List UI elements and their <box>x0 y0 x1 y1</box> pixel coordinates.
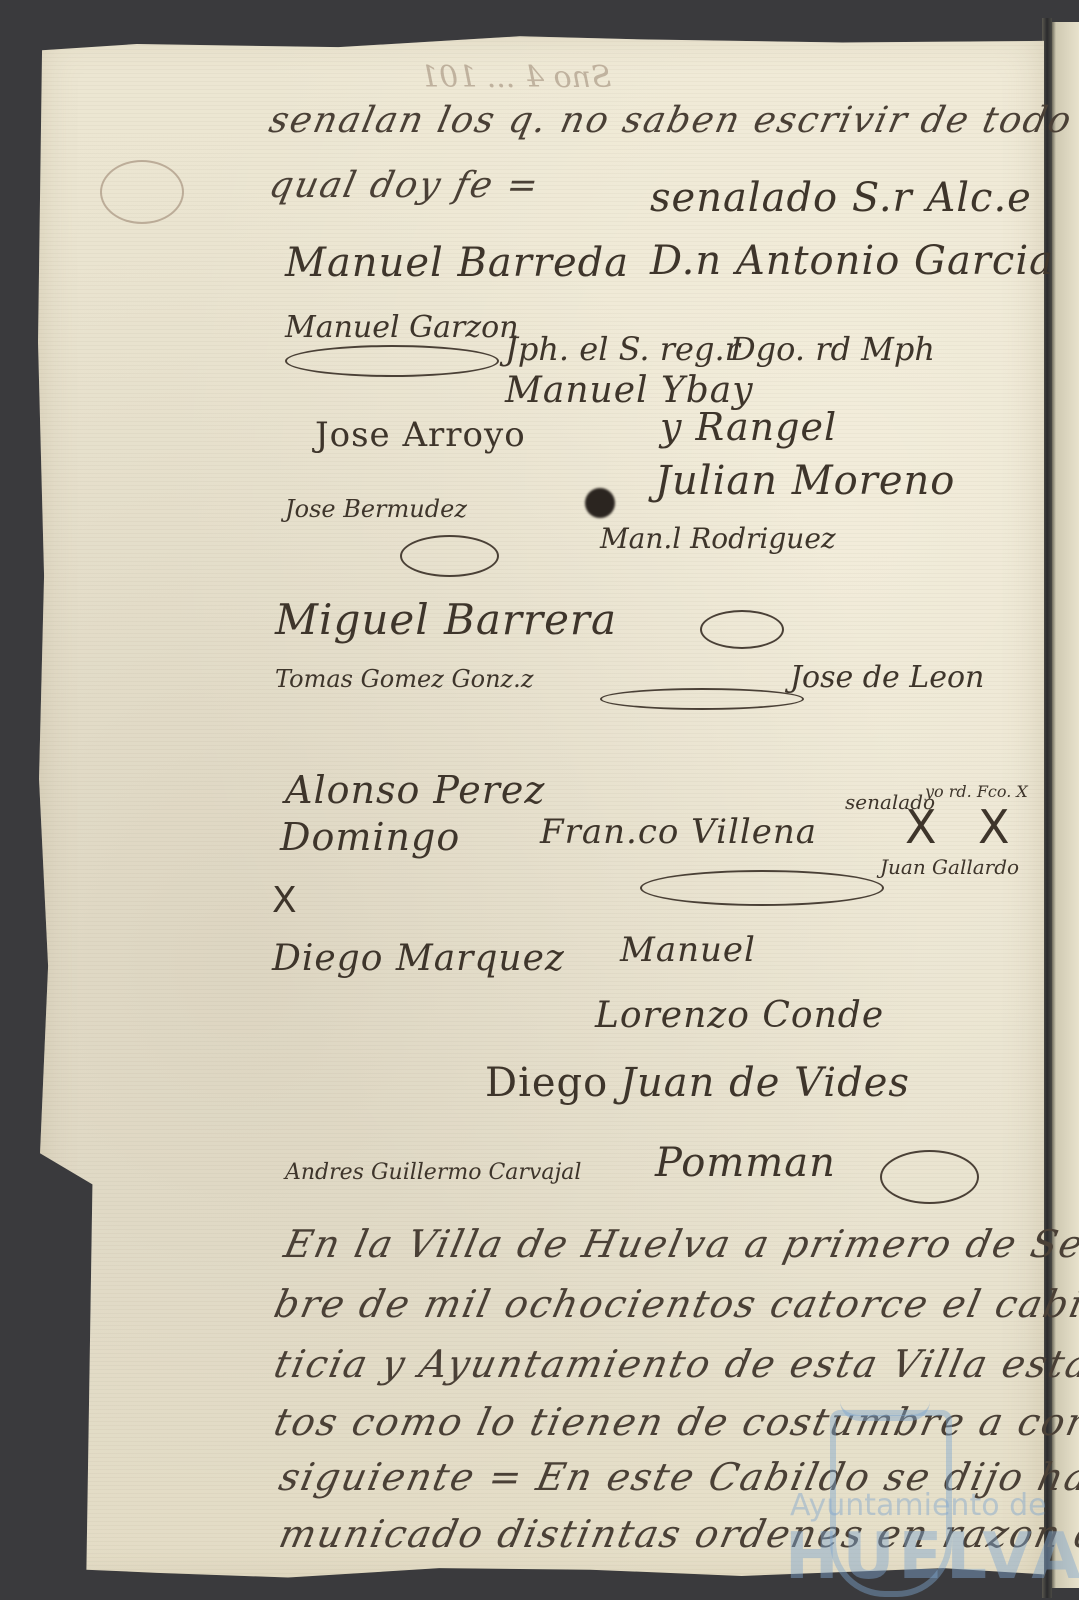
signature: Manuel Garzon <box>285 310 519 345</box>
signature: Tomas Gomez Gonz.z <box>275 665 533 693</box>
body-line-1: En la Villa de Huelva a primero de Sept.… <box>280 1222 1079 1266</box>
signature: Pomman <box>655 1140 836 1186</box>
signature: Jose Arroyo <box>315 415 526 455</box>
signature: Juan Gallardo <box>880 855 1019 879</box>
signature: Jose Bermudez <box>285 495 467 523</box>
signature: Domingo <box>280 815 460 859</box>
signature: Alonso Perez <box>285 768 545 812</box>
rubric-flourish <box>600 688 804 710</box>
cross-mark: X <box>978 800 1010 854</box>
ink-blot <box>585 488 615 518</box>
signature: Manuel <box>620 930 756 970</box>
signature: D.n Antonio Garcia <box>650 238 1054 284</box>
signature: Jose de Leon <box>790 660 984 695</box>
rubric-flourish <box>880 1150 979 1204</box>
header-line-1: senalan los q. no saben escrivir de todo… <box>266 100 1079 141</box>
signature: Man.l Rodriguez <box>600 522 836 555</box>
signature: Miguel Barrera <box>275 595 617 644</box>
signature: Manuel Barreda <box>285 240 629 286</box>
seal-flourish <box>100 160 184 224</box>
rubric-flourish <box>640 870 884 906</box>
signature: y Rangel <box>660 405 837 449</box>
signature: Andres Guillermo Carvajal <box>285 1160 581 1185</box>
bleedthrough-text: Sno 4 ... 101 <box>420 60 612 95</box>
signature: yo rd. Fco. X <box>925 782 1028 801</box>
rubric-flourish <box>400 535 499 577</box>
header-line-2: qual doy fe = <box>266 165 544 206</box>
signature: Fran.co Villena <box>540 812 817 852</box>
signature: Juan de Vides <box>620 1060 910 1106</box>
body-line-2: bre de mil ochocientos catorce el cabild… <box>270 1282 1079 1326</box>
signature: Jph. el S. reg.r <box>505 330 740 368</box>
signature: Diego <box>485 1060 608 1106</box>
signature: Lorenzo Conde <box>595 995 884 1036</box>
signature: Dgo. rd Mph <box>730 330 935 368</box>
rubric-flourish <box>700 610 784 649</box>
cross-mark: X <box>272 880 297 921</box>
rubric-flourish <box>285 345 499 377</box>
watermark-text-small: Ayuntamiento de <box>790 1488 1047 1523</box>
body-line-4: tos como lo tienen de costumbre a cordar… <box>270 1400 1079 1444</box>
signature: Julian Moreno <box>655 458 955 504</box>
signature: senalado S.r Alc.e <box>650 175 1032 221</box>
cross-mark: X <box>905 800 937 854</box>
signature: Diego Marquez <box>272 938 565 979</box>
watermark-text-large: HUELVA <box>785 1520 1079 1594</box>
body-line-3: ticia y Ayuntamiento de esta Villa estan… <box>270 1342 1079 1386</box>
